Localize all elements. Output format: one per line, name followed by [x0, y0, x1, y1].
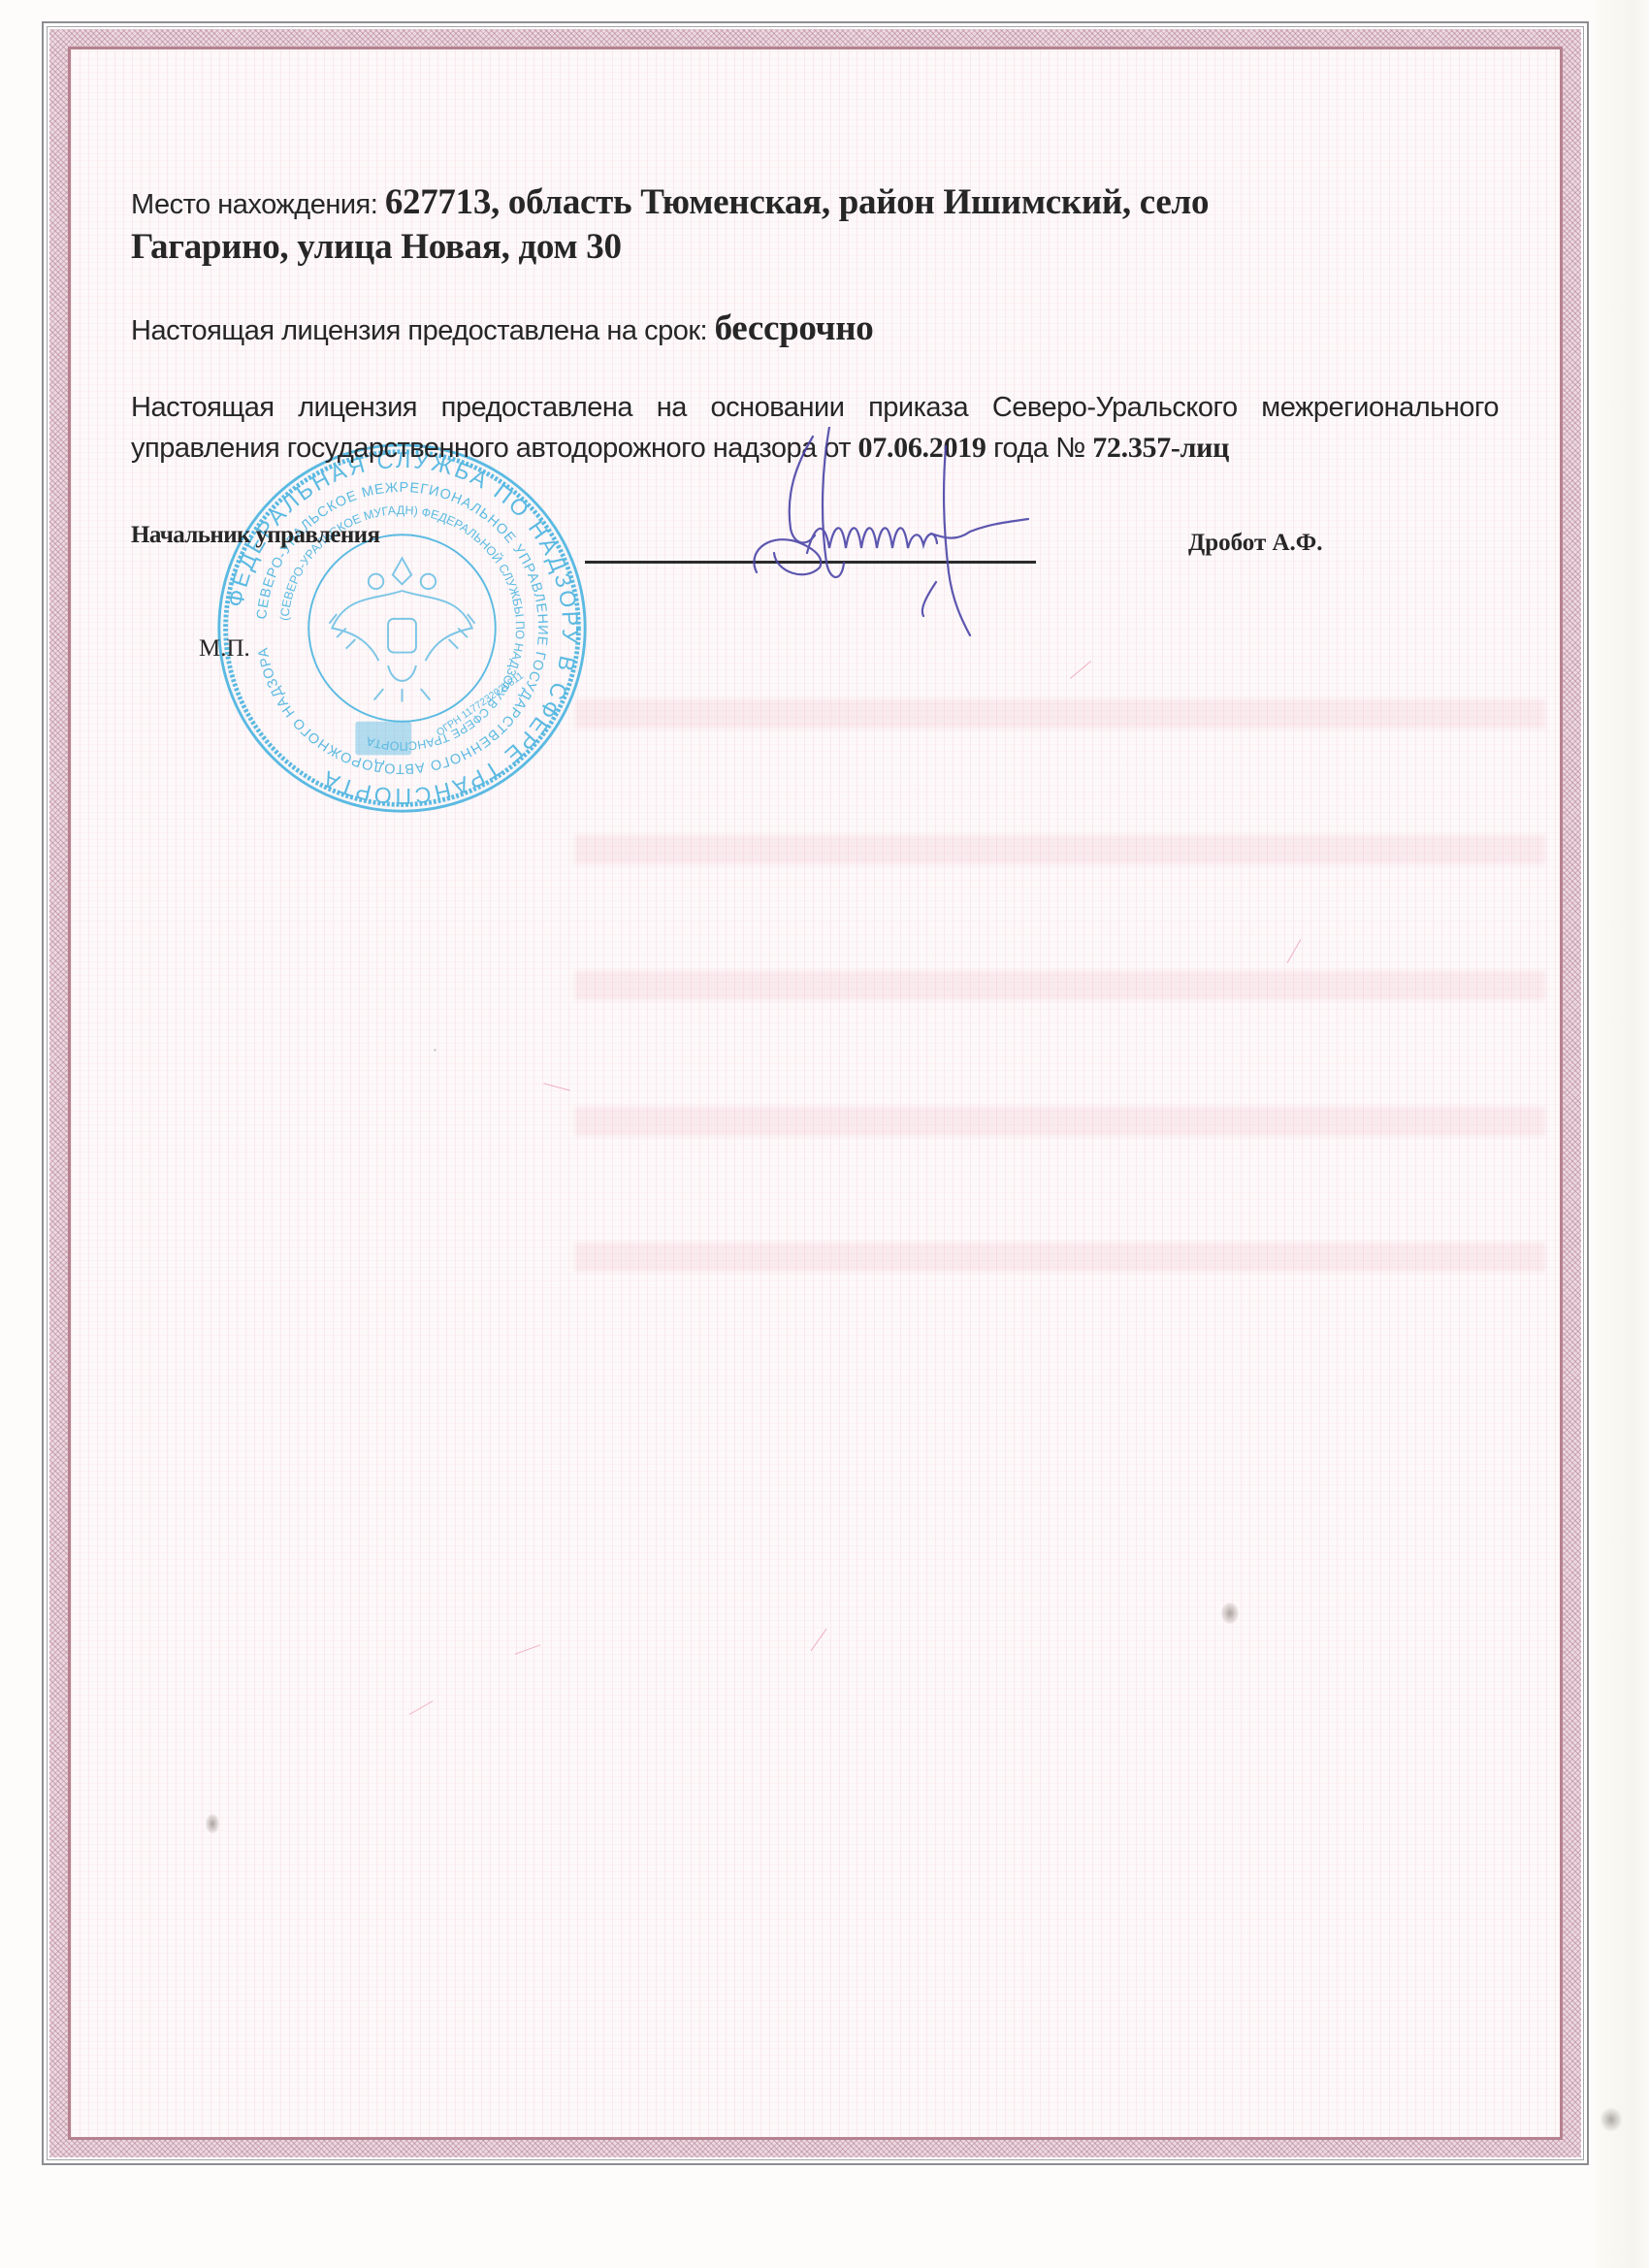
paper-speck — [434, 1049, 436, 1052]
order-number: 72.357-лиц — [1092, 432, 1229, 464]
certificate-page — [68, 47, 1563, 2140]
term-label: Настоящая лицензия предоставлена на срок… — [131, 315, 707, 346]
basis-word: лицензия — [298, 394, 417, 422]
basis-word: на — [657, 394, 687, 422]
location-line-2: Гагарино, улица Новая, дом 30 — [131, 229, 622, 265]
background-watermark — [575, 651, 1545, 1330]
signatory-title: Начальник управления — [131, 522, 379, 549]
basis-line-1: Настоящая лицензия предоставлена на осно… — [131, 394, 1499, 422]
location-value: 627713, область Тюменская, район Ишимски… — [385, 182, 1209, 222]
basis-word: Северо-Уральского — [992, 394, 1238, 422]
term-line: Настоящая лицензия предоставлена на срок… — [131, 310, 873, 346]
basis-word: межрегионального — [1261, 394, 1499, 422]
smudge-mark — [1600, 2107, 1623, 2132]
location-value-continued: Гагарино, улица Новая, дом 30 — [131, 227, 622, 267]
paper-speck — [206, 1814, 219, 1833]
basis-word: основании — [711, 394, 845, 422]
basis-word: приказа — [868, 394, 968, 422]
term-value: бессрочно — [715, 308, 874, 348]
basis-word: Настоящая — [131, 394, 275, 422]
official-round-stamp: ФЕДЕРАЛЬНАЯ СЛУЖБА ПО НАДЗОРУ В СФЕРЕ ТР… — [215, 441, 589, 815]
paper-speck — [1221, 1603, 1239, 1624]
location-label: Место нахождения: — [131, 189, 377, 220]
handwritten-signature — [737, 427, 1086, 640]
double-headed-eagle-icon — [329, 558, 474, 701]
seal-placeholder-label: М.П. — [199, 635, 250, 663]
scanner-edge — [1596, 0, 1649, 2268]
location-line-1: Место нахождения: 627713, область Тюменс… — [131, 184, 1209, 220]
signatory-name: Дробот А.Ф. — [1188, 530, 1323, 557]
basis-word: предоставлена — [441, 394, 632, 422]
